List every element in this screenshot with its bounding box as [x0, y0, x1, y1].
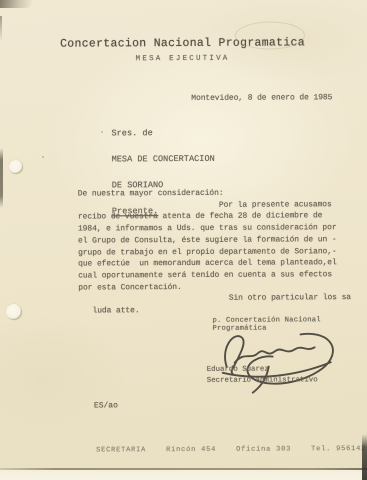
letter-content: Concertacion Nacional Programatica MESA …	[0, 0, 367, 471]
letter-body: De nuestra mayor consideración: Por la p…	[78, 187, 351, 317]
scan-smudge-top-left	[0, 0, 34, 8]
dateline: Montevideo, 8 de enero de 1985	[191, 93, 332, 103]
paper-speck	[42, 156, 44, 158]
recipient-line-1: Sres. de	[111, 128, 152, 138]
signer-title: Secretario administrativo	[207, 376, 318, 385]
handwritten-signature	[210, 326, 348, 399]
hole-punch-top	[9, 160, 23, 174]
letter-page: Concertacion Nacional Programatica MESA …	[0, 0, 367, 470]
typist-initials: ES/ao	[94, 401, 118, 410]
scan-mark-left-top	[0, 16, 2, 42]
org-name: Concertacion Nacional Programatica	[0, 36, 366, 51]
scanner-background-strip	[0, 470, 367, 480]
signer-name: Eduardo Suarez	[207, 366, 269, 374]
scan-mark-right-bottom	[362, 434, 367, 480]
scan-mark-left-middle	[0, 148, 3, 208]
footer-address-line: SECRETARIA Rincón 454 Oficina 303 Tel. 9…	[96, 445, 366, 454]
org-subtitle: MESA EJECUTIVA	[0, 54, 366, 64]
paper-speck	[101, 131, 103, 133]
recipient-line-2: MESA DE CONCERTACION	[112, 154, 215, 165]
hole-punch-bottom	[6, 304, 22, 320]
